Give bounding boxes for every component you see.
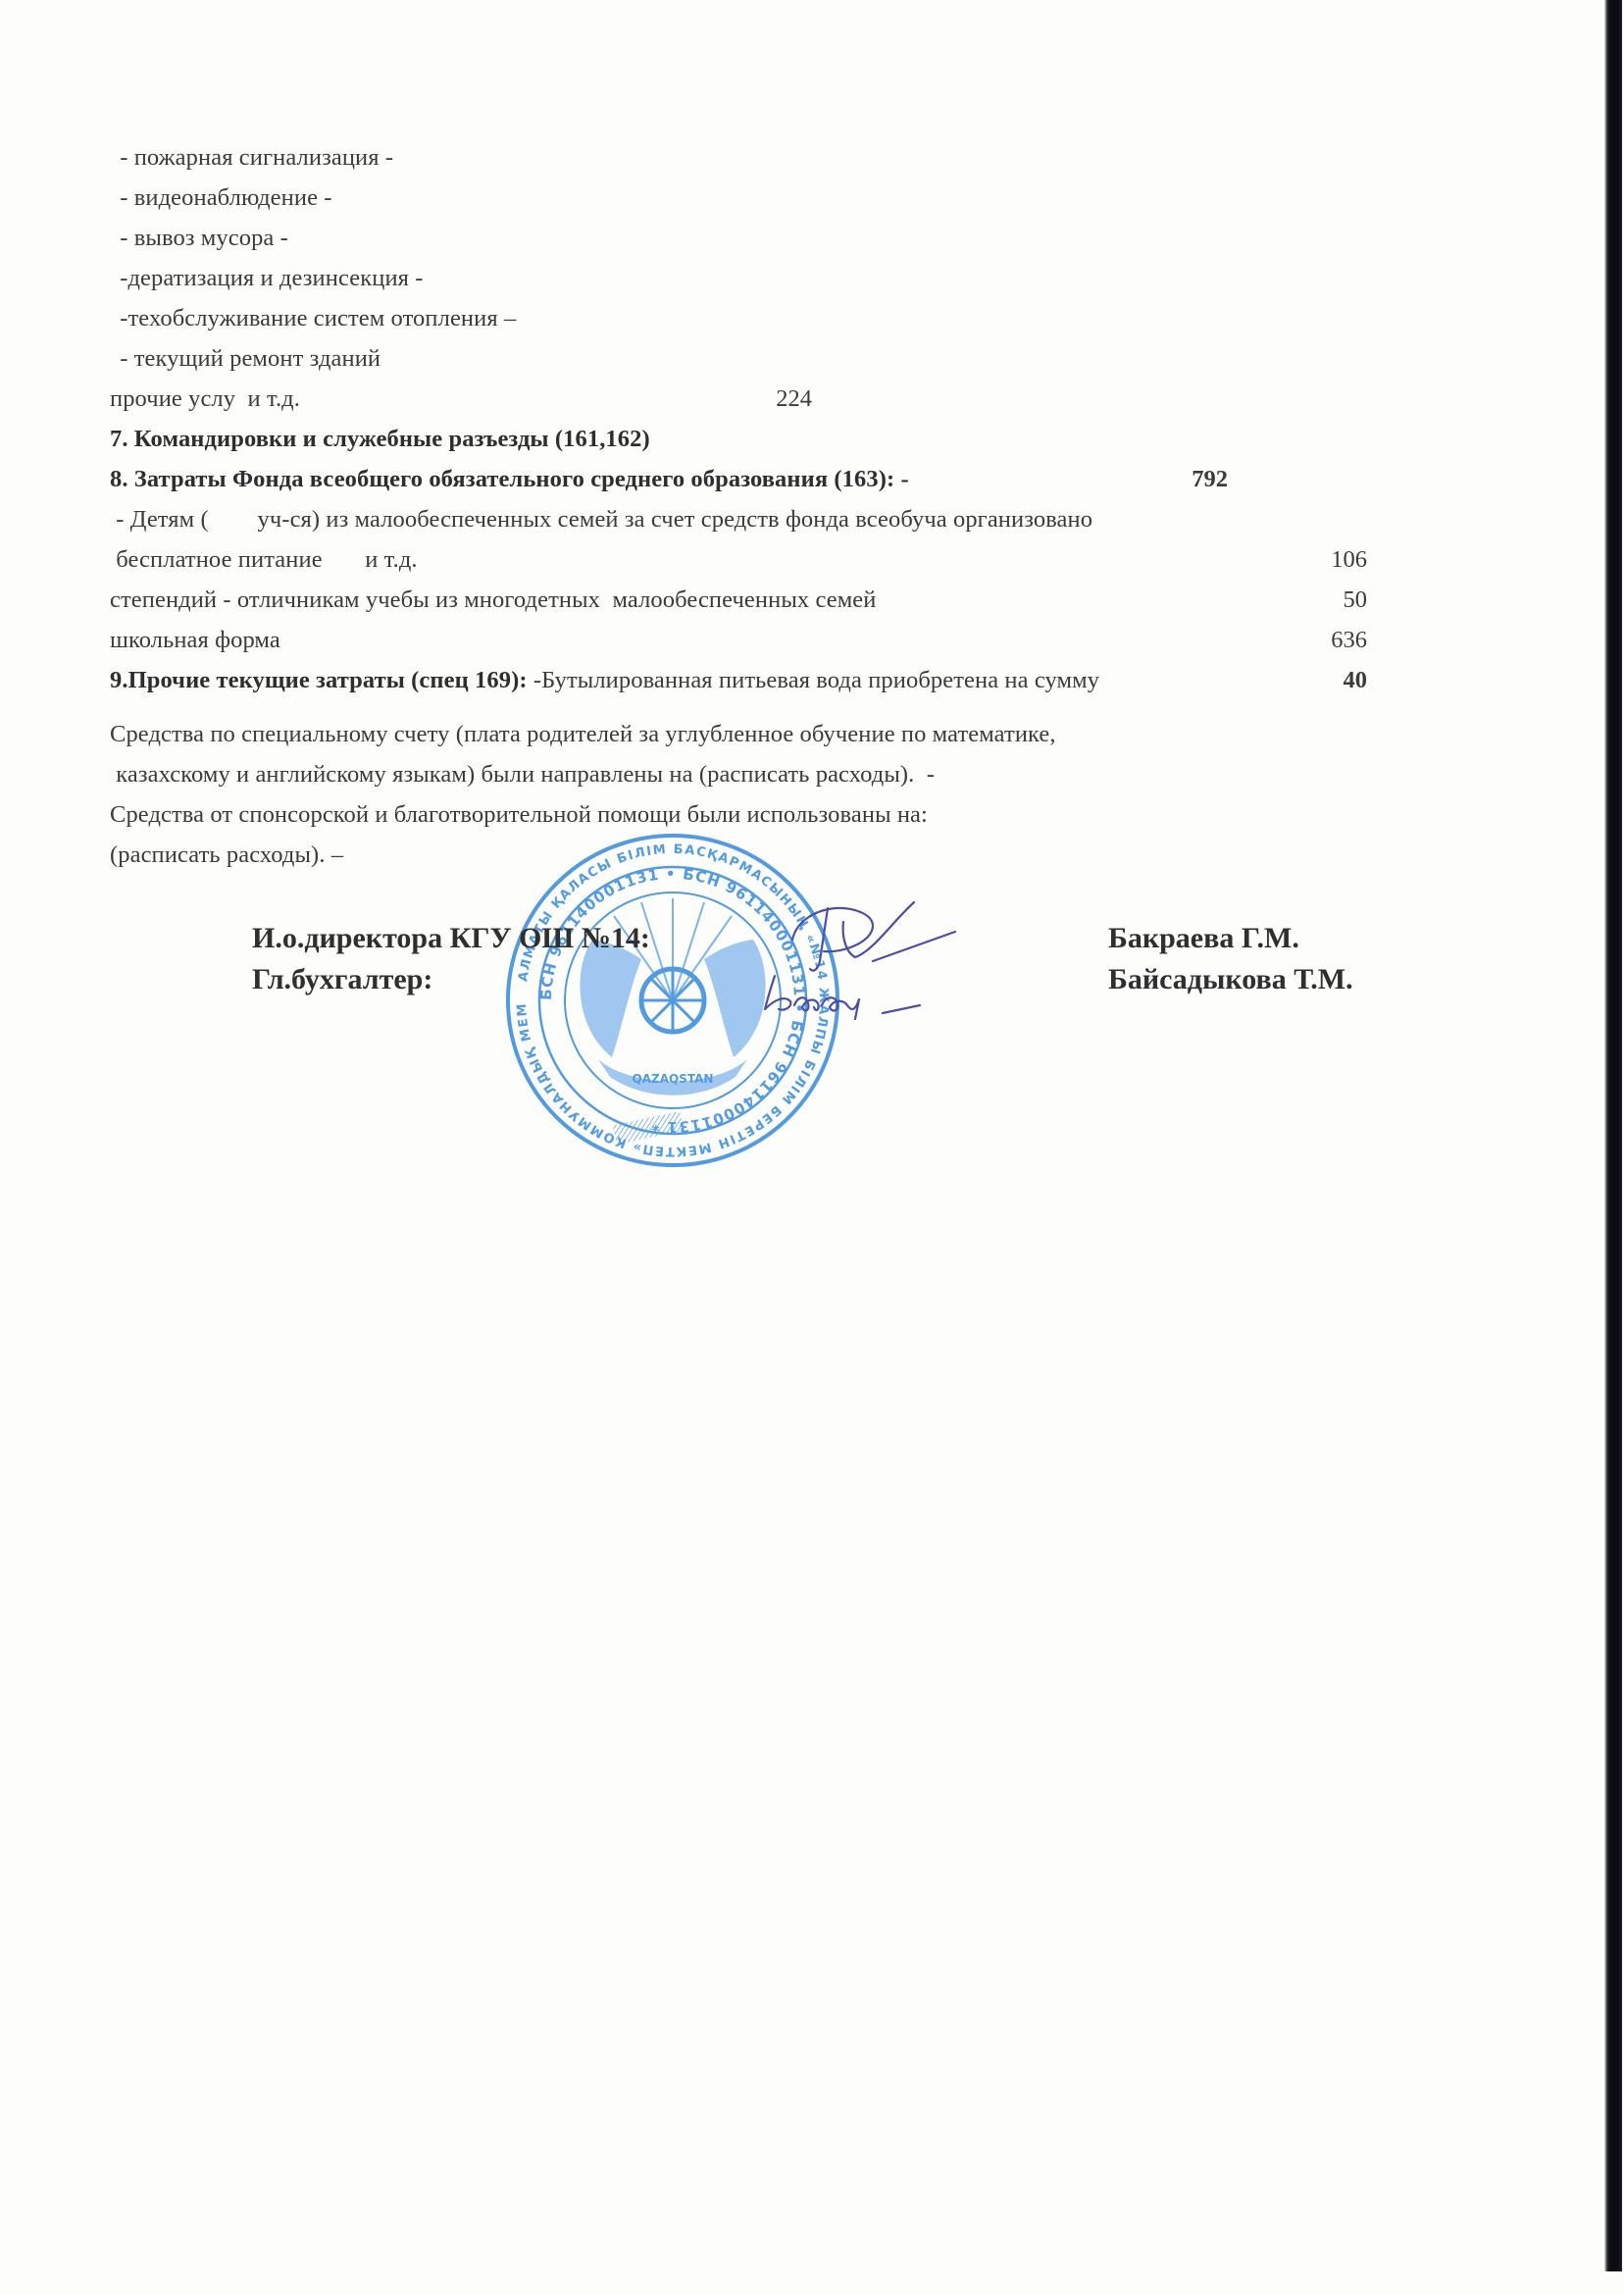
scholarships-label: степендий - отличникам учебы из многодет…: [110, 586, 877, 615]
section-8-title: 8. Затраты Фонда всеобщего обязательного…: [110, 465, 909, 494]
item-fire-alarm: - пожарная сигнализация -: [114, 143, 393, 173]
svg-text:QAZAQSTAN: QAZAQSTAN: [633, 1072, 714, 1086]
school-uniform-amount: 636: [1275, 626, 1367, 655]
section-9-title: 9.Прочие текущие затраты (спец 169):: [110, 667, 528, 693]
section-9-line: 9.Прочие текущие затраты (спец 169): -Бу…: [110, 666, 1099, 695]
accountant-name: Байсадыкова Т.М.: [1108, 963, 1353, 996]
sponsorship-line-1: Средства от спонсорской и благотворитель…: [110, 800, 928, 830]
section-9-description: -Бутылированная питьевая вода приобретен…: [528, 667, 1099, 693]
item-other-services-label: прочие услу и т.д.: [110, 384, 300, 414]
scholarships-amount: 50: [1275, 586, 1367, 615]
item-video-surveillance: - видеонаблюдение -: [114, 183, 332, 213]
accountant-title: Гл.бухгалтер:: [252, 963, 432, 996]
section-9-amount: 40: [1275, 666, 1367, 695]
item-heating-maintenance: -техобслуживание систем отопления –: [114, 304, 516, 333]
free-meals-amount: 106: [1275, 545, 1367, 575]
scan-edge-border: [1604, 0, 1622, 2271]
item-other-services-amount: 224: [745, 384, 812, 414]
director-title: И.о.директора КГУ ОШ №14:: [252, 922, 650, 955]
document-page: - пожарная сигнализация - - видеонаблюде…: [0, 0, 1624, 2294]
special-account-line-1: Средства по специальному счету (плата ро…: [110, 720, 1056, 749]
section-7-title: 7. Командировки и служебные разъезды (16…: [110, 425, 650, 454]
section-8-children-line: - Детям ( уч-ся) из малообеспеченных сем…: [110, 505, 1092, 535]
section-8-amount: 792: [1157, 465, 1228, 494]
director-name: Бакраева Г.М.: [1108, 922, 1299, 955]
official-stamp: QAZAQSTAN АЛМАТЫ ҚАЛАСЫ БІЛІМ БАСҚАРМАСЫ…: [504, 832, 841, 1169]
special-account-line-2: казахскому и английскому языкам) были на…: [110, 760, 935, 790]
item-pest-control: -дератизация и дезинсекция -: [114, 264, 424, 293]
sponsorship-line-2: (расписать расходы). –: [110, 841, 343, 870]
item-building-repair: - текущий ремонт зданий: [114, 344, 381, 374]
item-garbage-removal: - вывоз мусора -: [114, 224, 288, 253]
free-meals-label: бесплатное питание и т.д.: [110, 545, 418, 575]
school-uniform-label: школьная форма: [110, 626, 280, 655]
